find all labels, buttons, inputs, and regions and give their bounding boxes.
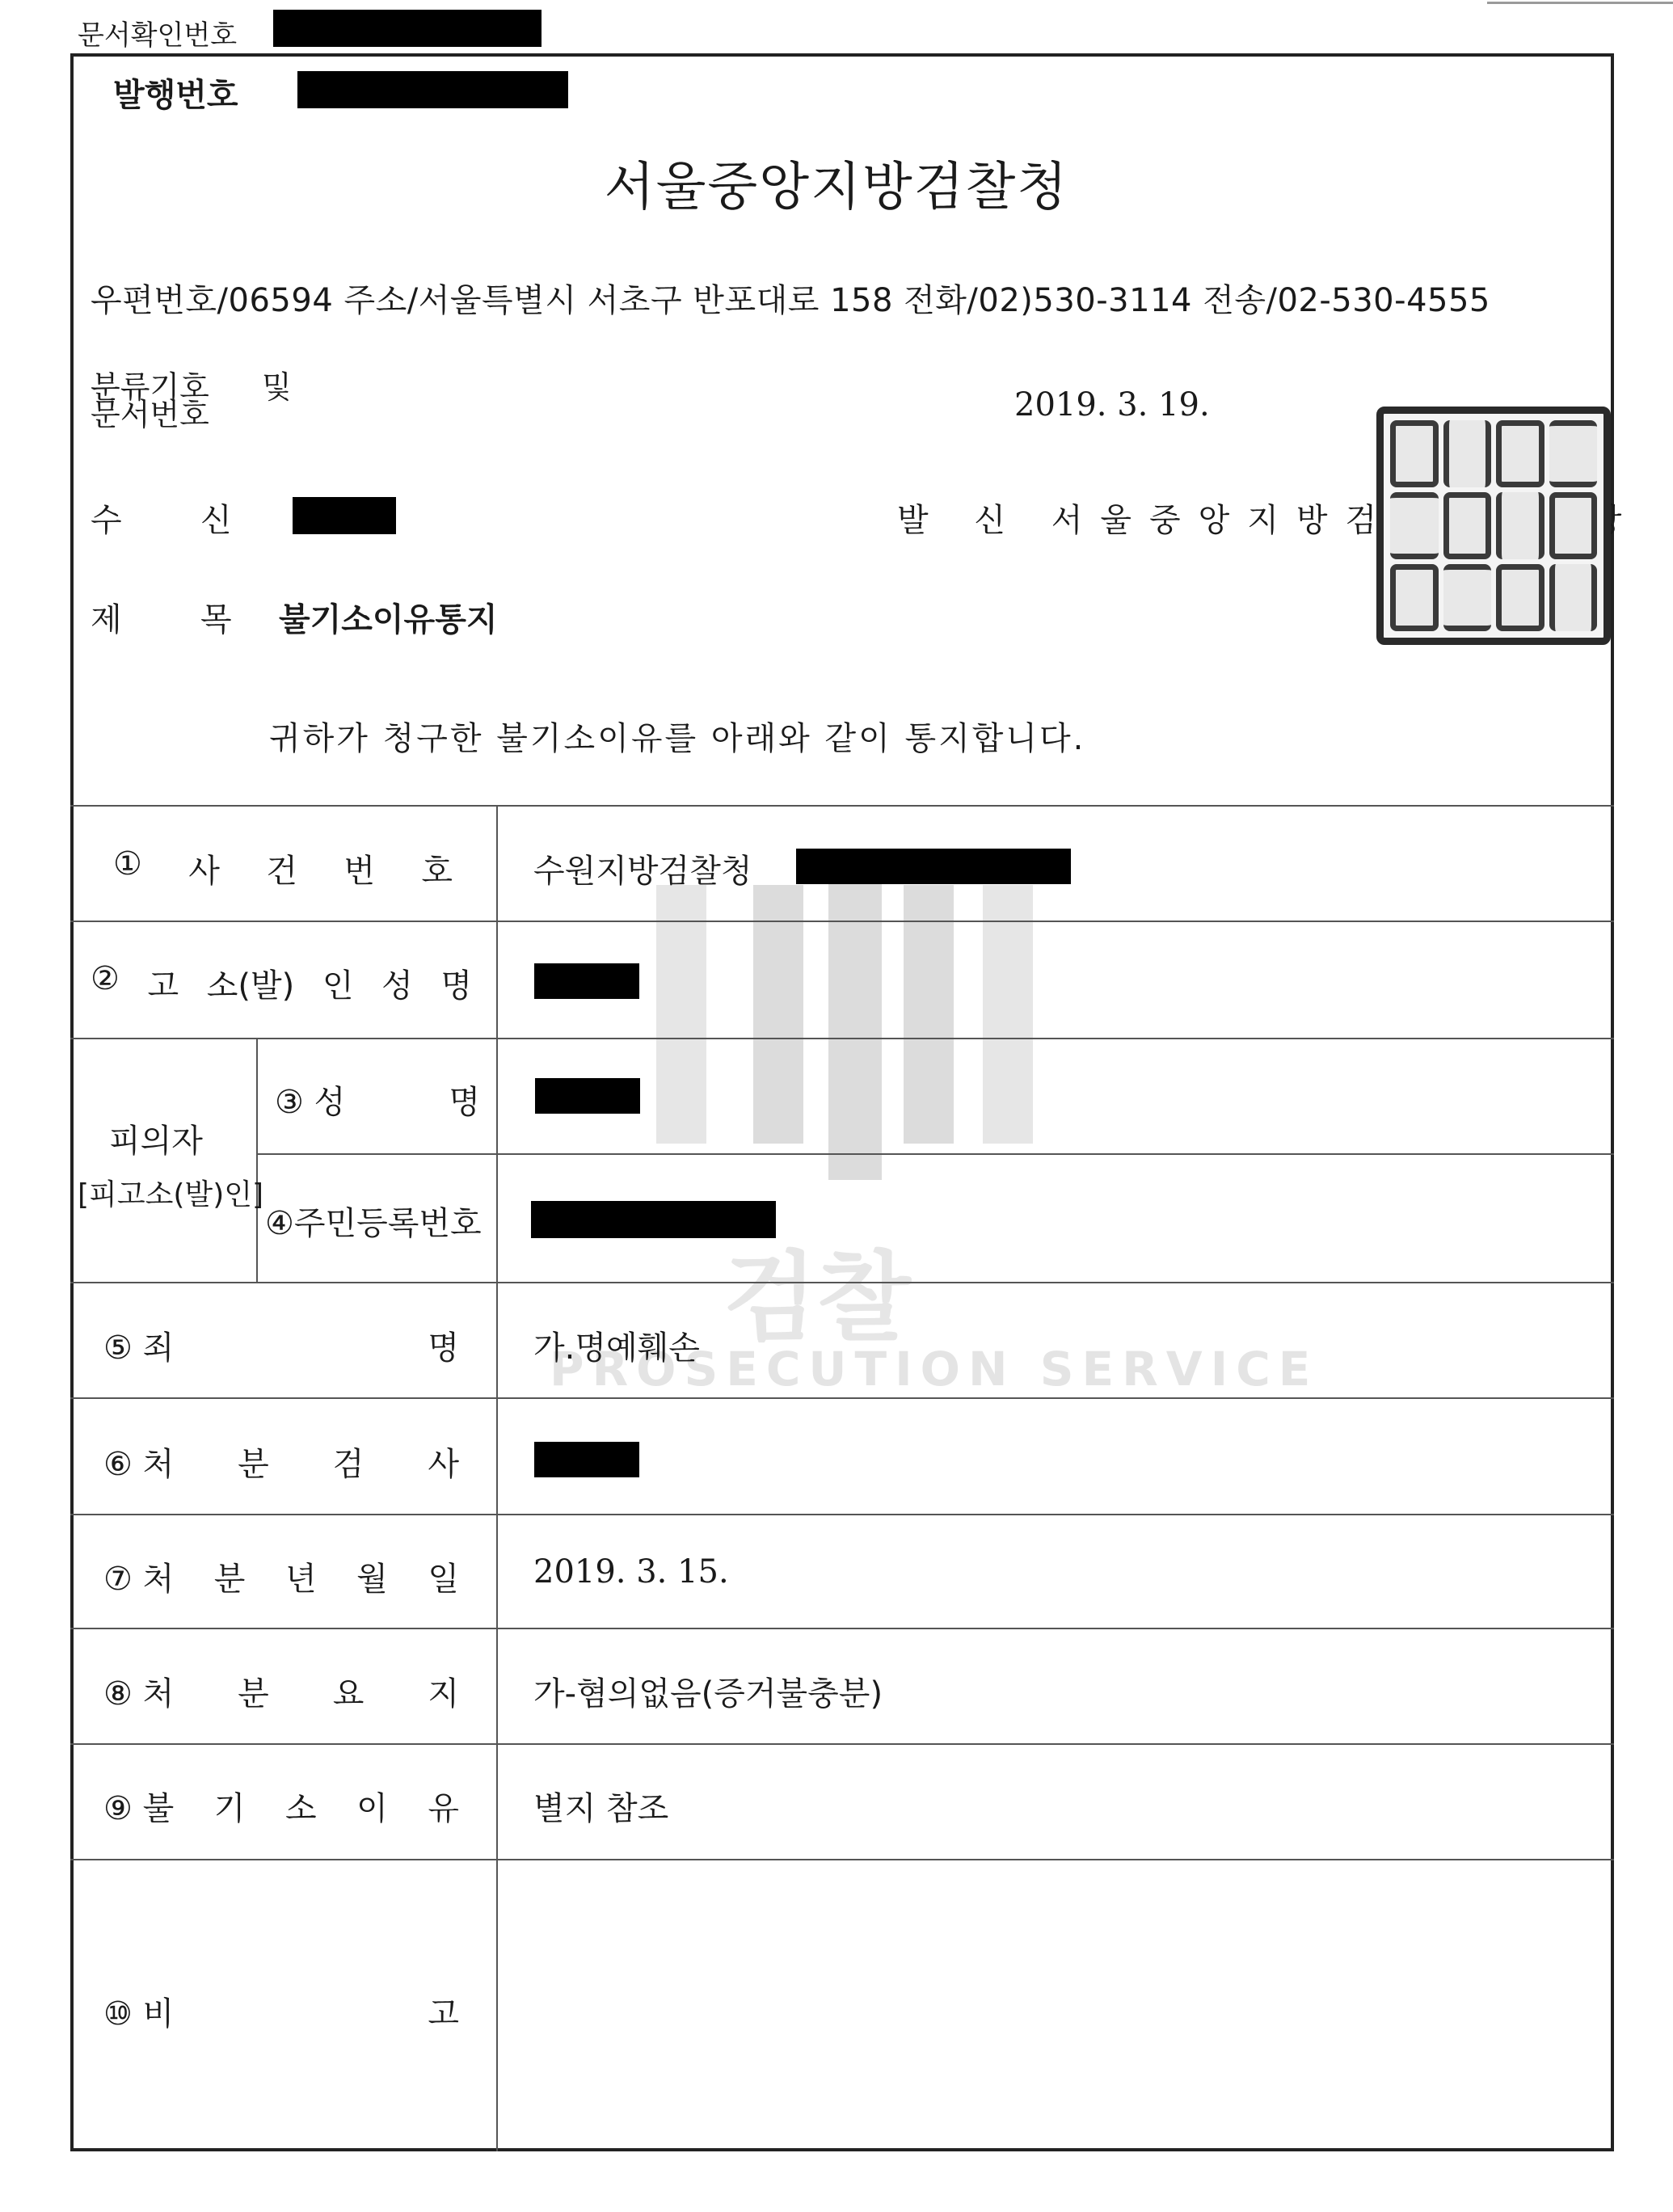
row-number: ⑨ [103,1790,133,1827]
row-label-non-prosecution-reason: ⑨ 불 기 소 이 유 [103,1783,459,1829]
label-char: 죄 [143,1329,175,1367]
label-char: 분 [238,1439,269,1485]
redacted-resident-id [531,1201,776,1238]
agency-address-line: 우편번호/06594 주소/서울특별시 서초구 반포대로 158 전화/02)5… [91,275,1490,321]
label-char: 고 [428,1988,459,2034]
label-char: 처 [143,1561,175,1598]
label-char: 명 [428,1322,459,1368]
label-char: 기 [214,1783,246,1829]
row-label-disposition-summary: ⑧ 처 분 요 지 [103,1668,459,1714]
redacted-complainant-name [534,963,639,999]
table-rule [70,1282,1614,1283]
seal-glyph [1549,564,1598,631]
label-char: 지 [428,1668,459,1714]
table-rule [70,1628,1614,1629]
row-number: ② [91,960,120,1006]
label-char: 명 [449,1077,480,1123]
label-char: 인 [322,960,354,1006]
watermark-korean-text: 검찰 [723,1220,911,1359]
redacted-issue-number [297,71,568,108]
row-label-complainant-name: ② 고 소(발) 인 성 명 [91,960,472,1006]
label-char: 명 [440,960,472,1006]
seal-glyph [1390,492,1439,559]
recipient-label-part1: 수 [91,495,122,541]
row-number: ⑦ [103,1561,133,1598]
table-rule [70,1514,1614,1515]
redacted-prosecutor [534,1442,639,1477]
watermark-bar [983,885,1033,1144]
label-char: 검 [333,1439,365,1485]
label-char: 성 [381,960,413,1006]
label-group: ⑨ 불 [103,1783,174,1829]
row-number: ⑩ [103,1995,133,2033]
label-group: ⑩ 비 [103,1988,174,2034]
table-rule [70,921,1614,922]
label-char: 월 [356,1553,388,1599]
table-rule [70,1038,1614,1039]
label-char: 일 [428,1553,459,1599]
table-rule [70,1859,1614,1860]
row-label-disposition-date: ⑦ 처 분 년 월 일 [103,1553,459,1599]
label-char: 이 [356,1783,388,1829]
table-rule [257,1153,1614,1155]
row-label-charge: ⑤ 죄 명 [103,1322,459,1368]
classification-label-line2: 문서번호 [91,401,209,428]
label-char: 분 [238,1668,269,1714]
charge-value: 가.명예훼손 [533,1322,700,1368]
seal-glyph [1496,492,1544,559]
label-char: 유 [428,1783,459,1829]
label-char: 사 [188,845,220,891]
row-label-resident-id: ④주민등록번호 [265,1198,482,1244]
non-prosecution-reason-value: 별지 참조 [533,1783,668,1829]
table-rule [70,1743,1614,1745]
suspect-group-sublabel: [피고소(발)인] [78,1172,263,1213]
label-char: 요 [333,1668,365,1714]
seal-glyph [1443,564,1492,631]
agency-title: 서울중앙지방검찰청 [0,145,1673,220]
subject-value: 불기소이유통지 [279,594,497,640]
redacted-recipient [293,497,396,534]
label-group: ③ 성 [275,1077,345,1123]
watermark-bar [753,885,803,1144]
seal-glyph [1496,564,1544,631]
label-group: ⑤ 죄 [103,1322,174,1368]
label-char: 건 [266,845,297,891]
label-char: 번 [343,845,375,891]
label-char: 처 [143,1446,175,1483]
suspect-group-label: 피의자 [109,1115,203,1161]
document-check-number-label: 문서확인번호 [78,13,237,53]
label-char: 소 [285,1783,317,1829]
seal-glyph [1443,492,1492,559]
table-column-divider [496,805,498,2151]
label-char: 소(발) [207,960,295,1006]
row-label-case-number: ① 사 건 번 호 [113,845,453,891]
subject-label-part2: 목 [200,594,232,640]
seal-glyph [1390,420,1439,487]
row-number: ① [113,845,142,891]
official-seal-icon [1376,407,1611,645]
redacted-suspect-name [535,1078,640,1114]
classification-label: 분류기호 문서번호 및 [91,373,209,428]
issue-number-label: 발행번호 [113,70,238,116]
label-char: 분 [214,1553,246,1599]
redacted-document-check-number [273,10,542,47]
notice-intro: 귀하가 청구한 불기소이유를 아래와 같이 통지합니다. [269,713,1085,759]
classification-and: 및 [262,373,292,401]
label-group: ⑥ 처 [103,1439,174,1485]
seal-glyph [1390,564,1439,631]
label-char: 년 [285,1553,317,1599]
disposition-summary-value: 가-혐의없음(증거불충분) [533,1668,883,1714]
table-rule [70,1397,1614,1399]
label-char: 성 [314,1084,346,1121]
label-group: ⑧ 처 [103,1668,174,1714]
row-number: ⑥ [103,1446,133,1483]
redacted-case-number [796,849,1071,884]
seal-glyph [1549,420,1598,487]
label-char: 불 [143,1790,175,1827]
watermark-bar [828,869,882,1180]
scan-edge-line [1487,2,1673,4]
disposition-date-value: 2019. 3. 15. [533,1553,729,1591]
seal-glyph [1443,420,1492,487]
label-char: 사 [428,1439,459,1485]
row-number: ③ [275,1084,304,1121]
row-label-remarks: ⑩ 비 고 [103,1988,459,2034]
row-label-prosecutor: ⑥ 처 분 검 사 [103,1439,459,1485]
label-char: 고 [147,960,179,1006]
issue-date: 2019. 3. 19. [1014,386,1210,423]
label-char: 처 [143,1675,175,1713]
seal-glyph [1496,420,1544,487]
case-number-value: 수원지방검찰청 [533,845,752,891]
recipient-label-part2: 신 [200,495,232,541]
table-rule [70,805,1614,807]
label-char: 호 [421,845,453,891]
row-number: ⑤ [103,1329,133,1367]
row-label-suspect-name: ③ 성 명 [275,1077,480,1123]
seal-glyph [1549,492,1598,559]
row-number: ⑧ [103,1675,133,1713]
subject-label-part1: 제 [91,594,122,640]
table-subcolumn-divider [256,1038,258,1282]
label-group: ⑦ 처 [103,1553,174,1599]
label-char: 비 [143,1995,175,2033]
watermark-bar [904,885,954,1144]
watermark-bar [656,885,706,1144]
